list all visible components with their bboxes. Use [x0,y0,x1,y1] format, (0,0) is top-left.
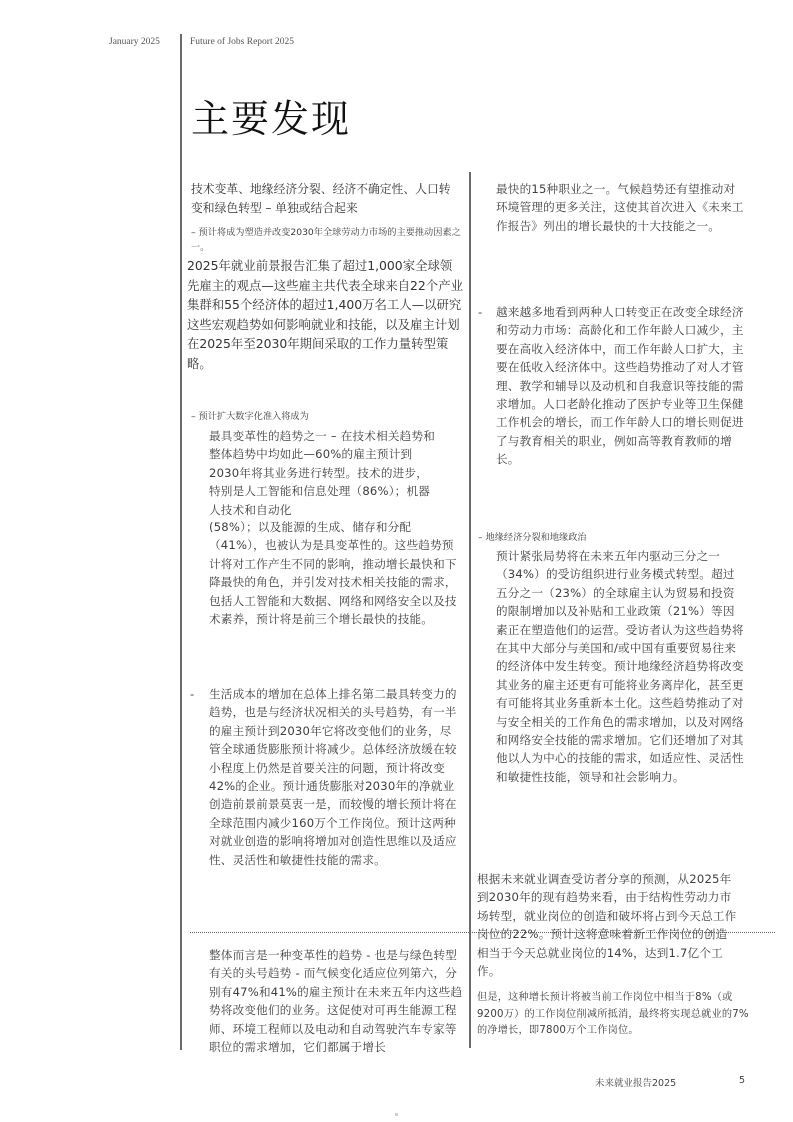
left-divider-line [180,34,182,1050]
geo-label: – 地缘经济分裂和地缘政治 [478,531,748,546]
forecast-paragraph: 根据未来就业调查受访者分享的预测，从2025年到2030年的现有趋势来看，由于结… [477,870,739,980]
demographic-bullet-dash: - [478,305,482,319]
green-paragraph: 整体而言是一种变革性的趋势 - 也是与绿色转型有关的头号趋势 - 而气候变化适应… [209,946,463,1056]
page-marker-dot [395,1113,398,1116]
header-report-title: Future of Jobs Report 2025 [190,37,294,47]
digital-label: – 预计扩大数字化准入将成为 [191,410,461,425]
intro-heading: 技术变革、地缘经济分裂、经济不确定性、人口转变和绿色转型 – 单独或结合起来 [191,180,461,218]
digital-paragraph-1: 最具变革性的趋势之一 – 在技术相关趋势和整体趋势中均如此—60%的雇主预计到2… [209,427,439,519]
page-title: 主要发现 [191,88,351,143]
footer-report-name: 未来就业报告2025 [595,1075,676,1089]
demographic-paragraph: 越来越多地看到两种人口转变正在改变全球经济和劳动力市场：高龄化和工作年龄人口减少… [496,303,746,469]
geo-paragraph: 预计紧张局势将在未来五年内驱动三分之一（34%）的受访组织进行业务模式转型。超过… [496,547,746,786]
intro-subnote: – 预计将成为塑造并改变2030年全球劳动力市场的主要推动因素之一。 [191,226,461,255]
center-divider-line [469,172,471,1048]
footer-page-number: 5 [739,1075,745,1086]
intro-paragraph: 2025年就业前景报告汇集了超过1,000家全球领先雇主的观点—这些雇主共代表全… [187,256,463,373]
cost-paragraph: 生活成本的增加在总体上排名第二最具转变力的趋势，也是与经济状况相关的头号趋势，有… [209,685,463,869]
green-continued-paragraph: 最快的15种职业之一。气候趋势还有望推动对环境管理的更多关注，这使其首次进入《未… [496,180,746,235]
net-growth-paragraph: 但是，这种增长预计将被当前工作岗位中相当于8%（或9200万）的工作岗位削减所抵… [477,990,749,1040]
cost-bullet-dash: - [190,687,194,701]
digital-paragraph-2: (58%）；以及能源的生成、储存和分配（41%），也被认为是具变革性的。这些趋势… [209,518,461,628]
header-date: January 2025 [109,37,160,47]
